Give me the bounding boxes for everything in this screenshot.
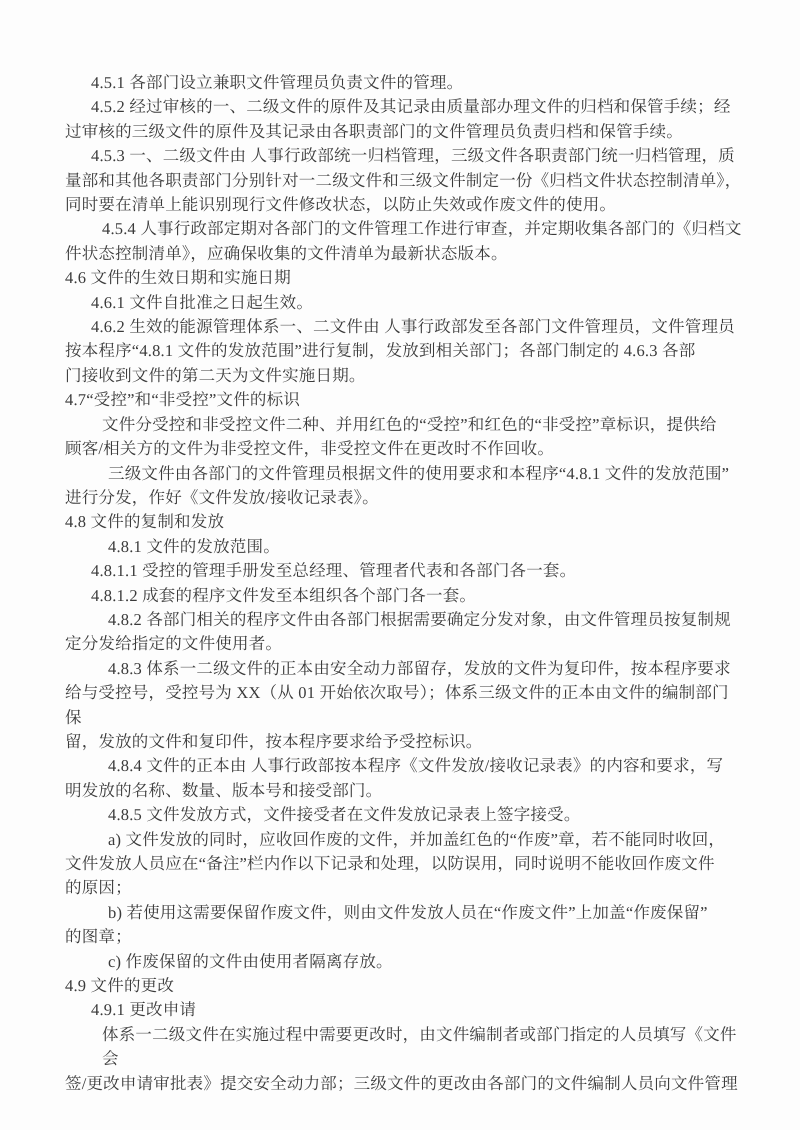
document-line: 三级文件由各部门的文件管理员根据文件的使用要求和本程序“4.8.1 文件的发放范… [65, 462, 744, 486]
document-line: 门接收到文件的第二天为文件实施日期。 [65, 364, 744, 388]
document-line: b) 若使用这需要保留作废文件，则由文件发放人员在“作废文件”上加盖“作废保留” [65, 901, 744, 925]
document-line: 4.8.5 文件发放方式，文件接受者在文件发放记录表上签字接受。 [65, 803, 744, 827]
document-line: 4.9 文件的更改 [65, 974, 744, 998]
document-line: 4.6.1 文件自批准之日起生效。 [65, 291, 744, 315]
document-line: 4.8.3 体系一二级文件的正本由安全动力部留存，发放的文件为复印件，按本程序要… [65, 657, 744, 681]
document-line: 的原因； [65, 876, 744, 900]
document-line: 4.7“受控”和“非受控”文件的标识 [65, 388, 744, 412]
document-line: 4.9.1 更改申请 [65, 998, 744, 1022]
document-line: 过审核的三级文件的原件及其记录由各职责部门的文件管理员负责归档和保管手续。 [65, 120, 744, 144]
document-line: 4.5.1 各部门设立兼职文件管理员负责文件的管理。 [65, 71, 744, 95]
document-line: 4.5.2 经过审核的一、二级文件的原件及其记录由质量部办理文件的归档和保管手续… [65, 95, 744, 119]
document-line: 明发放的名称、数量、版本号和接受部门。 [65, 779, 744, 803]
document-line: 4.8.1.1 受控的管理手册发至总经理、管理者代表和各部门各一套。 [65, 559, 744, 583]
document-line: 按本程序“4.8.1 文件的发放范围”进行复制，发放到相关部门；各部门制定的 4… [65, 339, 744, 363]
document-line: 件状态控制清单》，应确保收集的文件清单为最新状态版本。 [65, 242, 744, 266]
document-line: 4.6 文件的生效日期和实施日期 [65, 266, 744, 290]
document-line: 4.8.2 各部门相关的程序文件由各部门根据需要确定分发对象，由文件管理员按复制… [65, 608, 744, 632]
document-line: 4.6.2 生效的能源管理体系一、二文件由 人事行政部发至各部门文件管理员，文件… [65, 315, 744, 339]
document-line: 4.5.3 一、二级文件由 人事行政部统一归档管理，三级文件各职责部门统一归档管… [65, 144, 744, 168]
document-line: 4.5.4 人事行政部定期对各部门的文件管理工作进行审查，并定期收集各部门的《归… [65, 217, 744, 241]
document-line: 进行分发，作好《文件发放/接收记录表》。 [65, 486, 744, 510]
document-line: 4.8 文件的复制和发放 [65, 510, 744, 534]
document-line: 量部和其他各职责部门分别针对一二级文件和三级文件制定一份《归档文件状态控制清单》… [65, 169, 744, 193]
document-line: 顾客/相关方的文件为非受控文件，非受控文件在更改时不作回收。 [65, 437, 744, 461]
document-line: a) 文件发放的同时，应收回作废的文件，并加盖红色的“作废”章，若不能同时收回， [65, 828, 744, 852]
document-line: 签/更改申请审批表》提交安全动力部；三级文件的更改由各部门的文件编制人员向文件管… [65, 1072, 744, 1096]
document-line: 文件发放人员应在“备注”栏内作以下记录和处理，以防误用，同时说明不能收回作废文件 [65, 852, 744, 876]
document-line: 4.8.1 文件的发放范围。 [65, 535, 744, 559]
document-line: 的图章； [65, 925, 744, 949]
document-line: 留，发放的文件和复印件，按本程序要求给予受控标识。 [65, 730, 744, 754]
document-line: 4.8.4 文件的正本由 人事行政部按本程序《文件发放/接收记录表》的内容和要求… [65, 754, 744, 778]
document-line: 给与受控号，受控号为 XX（从 01 开始依次取号）；体系三级文件的正本由文件的… [65, 681, 744, 730]
document-line: 体系一二级文件在实施过程中需要更改时，由文件编制者或部门指定的人员填写《文件会 [65, 1023, 744, 1072]
document-line: 同时要在清单上能识别现行文件修改状态，以防止失效或作废文件的使用。 [65, 193, 744, 217]
document-line: 定分发给指定的文件使用者。 [65, 632, 744, 656]
document-line: 文件分受控和非受控文件二种、并用红色的“受控”和红色的“非受控”章标识，提供给 [65, 413, 744, 437]
document-page: 4.5.1 各部门设立兼职文件管理员负责文件的管理。4.5.2 经过审核的一、二… [0, 0, 800, 1130]
document-body: 4.5.1 各部门设立兼职文件管理员负责文件的管理。4.5.2 经过审核的一、二… [65, 71, 744, 1096]
document-line: c) 作废保留的文件由使用者隔离存放。 [65, 950, 744, 974]
document-line: 4.8.1.2 成套的程序文件发至本组织各个部门各一套。 [65, 584, 744, 608]
